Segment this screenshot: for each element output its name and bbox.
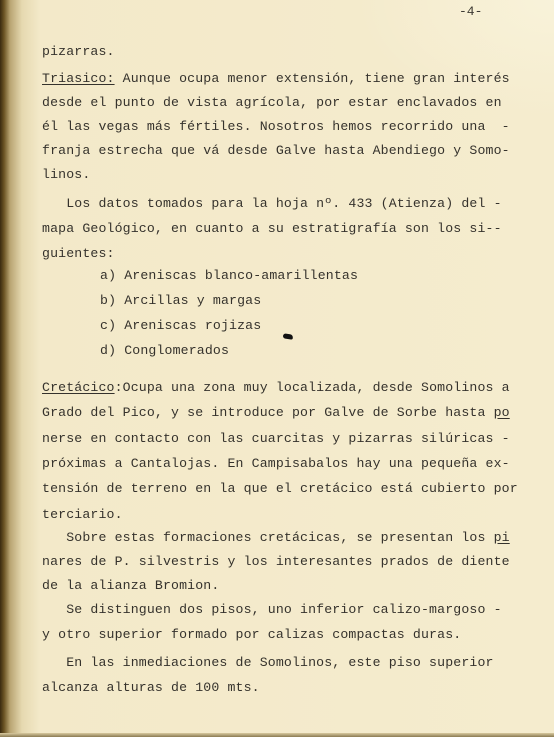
text-line: de la alianza Bromion. [42,578,219,594]
text-line: próximas a Cantalojas. En Campisabalos h… [42,456,510,472]
text-line: nares de P. silvestris y los interesante… [42,554,510,570]
text-line: franja estrecha que vá desde Galve hasta… [42,143,510,159]
text-fragment: po [494,405,510,420]
section-heading-triasico: Triasico: [42,71,115,86]
text-line: tensión de terreno en la que el cretácic… [42,481,518,497]
list-item: b) Arcillas y margas [100,293,261,309]
text-line: Los datos tomados para la hoja nº. 433 (… [42,196,502,212]
cretacico-paragraph: Cretácico:Ocupa una zona muy localizada,… [42,380,510,396]
document-page: -4- pizarras. Triasico: Aunque ocupa men… [0,0,554,737]
text-line: Se distinguen dos pisos, uno inferior ca… [42,602,502,618]
text-fragment: :Ocupa una zona muy localizada, desde So… [115,380,510,395]
list-item: c) Areniscas rojizas [100,318,261,334]
text-line: desde el punto de vista agrícola, por es… [42,95,502,111]
text-line: y otro superior formado por calizas comp… [42,627,461,643]
text-line: En las inmediaciones de Somolinos, este … [42,655,494,671]
list-item: a) Areniscas blanco-amarillentas [100,268,358,284]
list-item: d) Conglomerados [100,343,229,359]
text-fragment: pi [494,530,510,545]
text-line: pizarras. [42,44,115,60]
text-fragment: Aunque ocupa menor extensión, tiene gran… [115,71,510,86]
text-line: él las vegas más fértiles. Nosotros hemo… [42,119,510,135]
text-fragment: Grado del Pico, y se introduce por Galve… [42,405,494,420]
text-fragment: Sobre estas formaciones cretácicas, se p… [42,530,494,545]
text-line: guientes: [42,246,115,262]
text-line: Grado del Pico, y se introduce por Galve… [42,405,510,421]
text-line: mapa Geológico, en cuanto a su estratigr… [42,221,502,237]
text-line: Sobre estas formaciones cretácicas, se p… [42,530,510,546]
text-line: alcanza alturas de 100 mts. [42,680,260,696]
page-number: -4- [459,4,482,19]
text-line: terciario. [42,507,123,523]
section-heading-cretacico: Cretácico [42,380,115,395]
ink-blot [283,333,294,339]
text-line: linos. [42,167,90,183]
triasico-paragraph: Triasico: Aunque ocupa menor extensión, … [42,71,510,87]
text-line: nerse en contacto con las cuarcitas y pi… [42,431,510,447]
